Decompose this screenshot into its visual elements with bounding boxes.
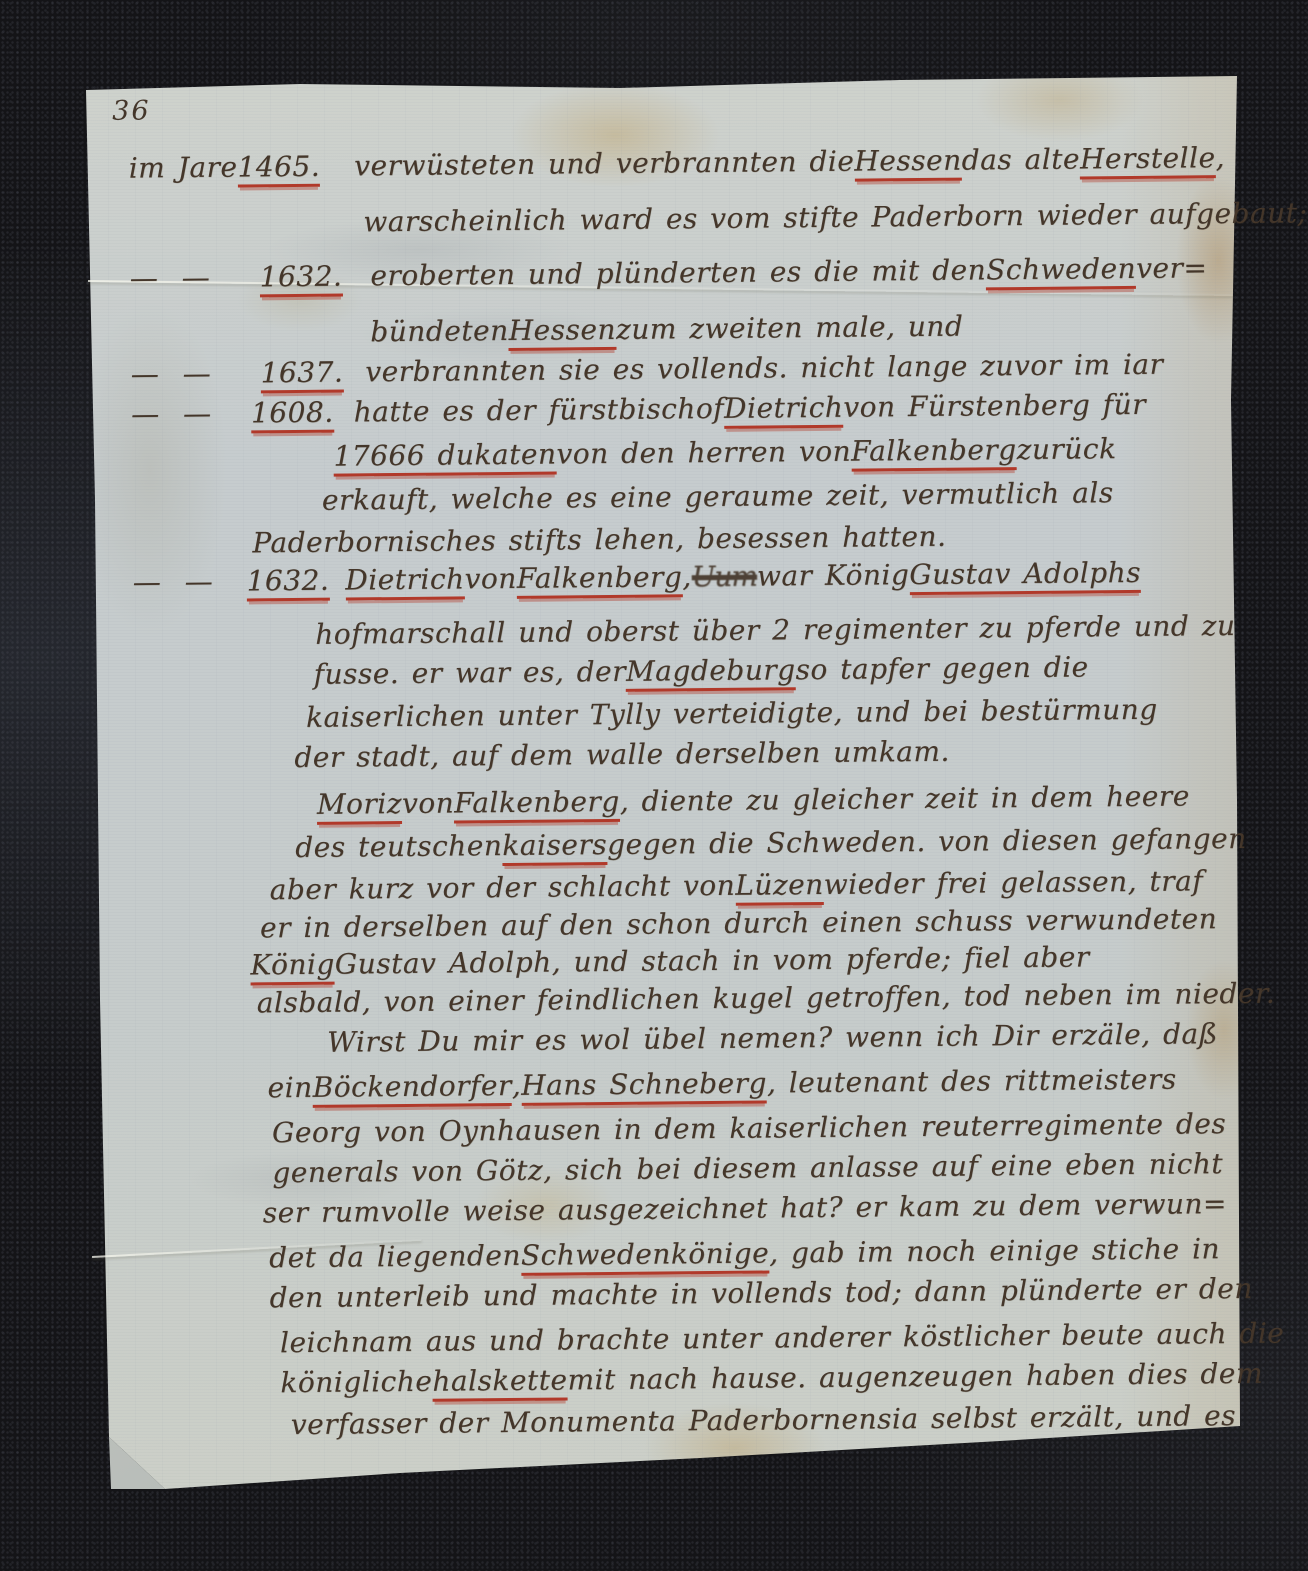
manuscript-line: Paderbornisches stifts lehen, besessen h… [252,520,946,560]
red-underlined-word: halskette [432,1363,568,1401]
text-segment: von [464,562,517,595]
text-segment: , diente zu gleicher zeit in dem heere [620,779,1190,817]
text-segment: det da liegenden [269,1239,521,1274]
text-segment: mit nach hause. augenzeugen haben dies d… [567,1357,1263,1397]
text-segment: kaiserlichen unter Tylly verteidigte, un… [306,693,1158,734]
text-segment: Georg von Oynhausen in dem kaiserlichen … [272,1107,1227,1149]
manuscript-line: im Jare 1465.verwüsteten und verbrannten… [129,141,1226,189]
crossed-out-word: Uum [692,560,758,594]
text-segment: Paderbornisches stifts lehen, besessen h… [252,520,946,560]
ditto-dash-marks: — — [130,261,216,295]
ditto-dash-marks: — — [131,357,217,391]
red-underlined-word: Schweden [986,252,1136,290]
manuscript-line: — —1637.verbrannten sie es vollends. nic… [131,348,1164,395]
red-underlined-word: Böckendorfer [312,1069,512,1108]
text-segment: warscheinlich ward es vom stifte Paderbo… [363,195,1308,238]
text-segment: ver= [1136,251,1208,285]
text-segment: im Jare [129,151,238,185]
text-segment: von [402,786,455,819]
page-number: 36 [112,95,151,126]
manuscript-line: verfasser der Monumenta Paderbornensia s… [291,1399,1237,1441]
text-segment: von Fürstenberg für [843,388,1146,424]
text-segment: das alte [962,142,1081,176]
text-segment: so tapfer gegen die [795,650,1088,686]
red-underlined-word: 1465. [237,150,320,188]
manuscript-line: — —1632.Dietrich von Falkenberg, Uum war… [133,556,1142,603]
manuscript-line: bündeten Hessen zum zweiten male, und [370,310,963,353]
red-underlined-word: 1608. [251,396,334,434]
manuscript-line: ein Böckendorfer, Hans Schneberg, leuten… [267,1063,1176,1109]
red-underlined-word: Moriz [317,787,402,825]
manuscript-line: Moriz von Falkenberg, diente zu gleicher… [317,779,1190,824]
manuscript-line: fusse. er war es, der Magdeburg so tapfe… [313,650,1088,694]
text-segment: aber kurz vor der schlacht von [270,869,736,906]
manuscript-line: leichnam aus und brachte unter anderer k… [280,1317,1285,1360]
text-segment: hatte es der fürstbischof [354,392,725,429]
text-segment: den unterleib und machte in vollends tod… [269,1272,1253,1314]
red-underlined-word: Hessen [854,144,962,182]
red-underlined-word: Hessen [509,313,617,351]
text-segment: , [512,1069,522,1102]
red-underlined-word: Schwedenkönige [521,1236,770,1275]
red-underlined-word: 1632. [246,564,329,602]
text-segment: gegen die Schweden. von diesen gefangen [607,822,1247,861]
manuscript-text: 36 im Jare 1465.verwüsteten und verbrann… [86,79,1270,1530]
red-underlined-word: Falkenberg [851,433,1017,472]
text-segment: fusse. er war es, der [313,655,626,691]
manuscript-line: königliche halskette mit nach hause. aug… [280,1357,1263,1403]
red-underlined-word: 1632. [260,260,343,298]
red-underlined-word: 17666 dukaten [333,438,556,477]
red-underlined-word: Falkenberg [454,785,620,824]
text-segment: ser rumvolle weise ausgezeichnet hat? er… [263,1187,1227,1229]
manuscript-line: generals von Götz, sich bei diesem anlas… [272,1147,1223,1189]
text-segment: , [1215,141,1225,174]
text-segment: leichnam aus und brachte unter anderer k… [280,1317,1285,1360]
text-segment: , leutenant des rittmeisters [767,1063,1177,1100]
text-segment: eroberten und plünderten es die mit den [370,253,986,292]
manuscript-line: des teutschen kaisers gegen die Schweden… [295,822,1247,868]
fabric-background: 36 im Jare 1465.verwüsteten und verbrann… [0,0,1308,1571]
text-segment: zum zweiten male, und [616,310,964,346]
red-underlined-word: Falkenberg [517,560,683,599]
text-segment: verwüsteten und verbrannten die [354,145,854,183]
ditto-dash-marks: — — [131,397,217,431]
manuscript-line: Georg von Oynhausen in dem kaiserlichen … [272,1107,1227,1149]
text-segment: von den herren von [556,435,851,471]
manuscript-line: — —1608.hatte es der fürstbischof Dietri… [131,388,1146,435]
manuscript-line: den unterleib und machte in vollends tod… [269,1272,1253,1314]
text-segment: verfasser der Monumenta Paderbornensia s… [291,1399,1237,1441]
manuscript-line: hofmarschall und oberst über 2 regimente… [315,609,1236,651]
text-segment: war König [757,558,910,592]
text-segment: ein [267,1071,312,1104]
text-segment: hofmarschall und oberst über 2 regimente… [315,609,1236,651]
red-underlined-word: Lüzen [735,868,824,906]
text-segment: , gab im noch einige stiche in [769,1232,1220,1269]
ditto-dash-marks: — — [133,565,219,599]
manuscript-line: 17666 dukaten von den herren von Falkenb… [333,432,1116,477]
manuscript-line: der stadt, auf dem walle derselben umkam… [294,735,950,774]
text-segment: zurück [1016,432,1116,466]
red-underlined-word: Hans Schneberg [521,1067,767,1106]
manuscript-line: ser rumvolle weise ausgezeichnet hat? er… [263,1187,1227,1229]
text-segment: wieder frei gelassen, traf [824,864,1204,901]
red-underlined-word: Gustav Adolphs [909,556,1141,595]
manuscript-line: — —1632.eroberten und plünderten es die … [130,251,1208,298]
manuscript-line: Wirst Du mir es wol übel nemen? wenn ich… [327,1017,1218,1059]
text-segment: des teutschen [295,829,502,864]
text-segment: der stadt, auf dem walle derselben umkam… [294,735,950,774]
manuscript-line: erkauft, welche es eine geraume zeit, ve… [322,476,1114,517]
red-underlined-word: kaisers [502,828,607,866]
red-underlined-word: König [250,948,335,986]
text-segment: verbrannten sie es vollends. nicht lange… [365,348,1163,389]
red-underlined-word: Dietrich [345,562,465,600]
red-underlined-word: 1637. [260,356,343,394]
red-underlined-word: Herstelle [1080,141,1216,179]
manuscript-line: kaiserlichen unter Tylly verteidigte, un… [306,693,1158,734]
text-segment: Wirst Du mir es wol übel nemen? wenn ich… [327,1017,1218,1059]
text-segment: königliche [280,1365,432,1399]
text-segment: bündeten [370,314,509,348]
red-underlined-word: Magdeburg [626,653,796,692]
text-segment: Gustav Adolph, und stach in vom pferde; … [335,940,1090,980]
text-segment: erkauft, welche es eine geraume zeit, ve… [322,476,1114,517]
text-segment: generals von Götz, sich bei diesem anlas… [272,1147,1223,1189]
manuscript-line: det da liegenden Schwedenkönige, gab im … [269,1232,1220,1278]
red-underlined-word: Dietrich [724,391,844,429]
manuscript-line: warscheinlich ward es vom stifte Paderbo… [363,195,1308,238]
text-segment: , [682,560,692,593]
